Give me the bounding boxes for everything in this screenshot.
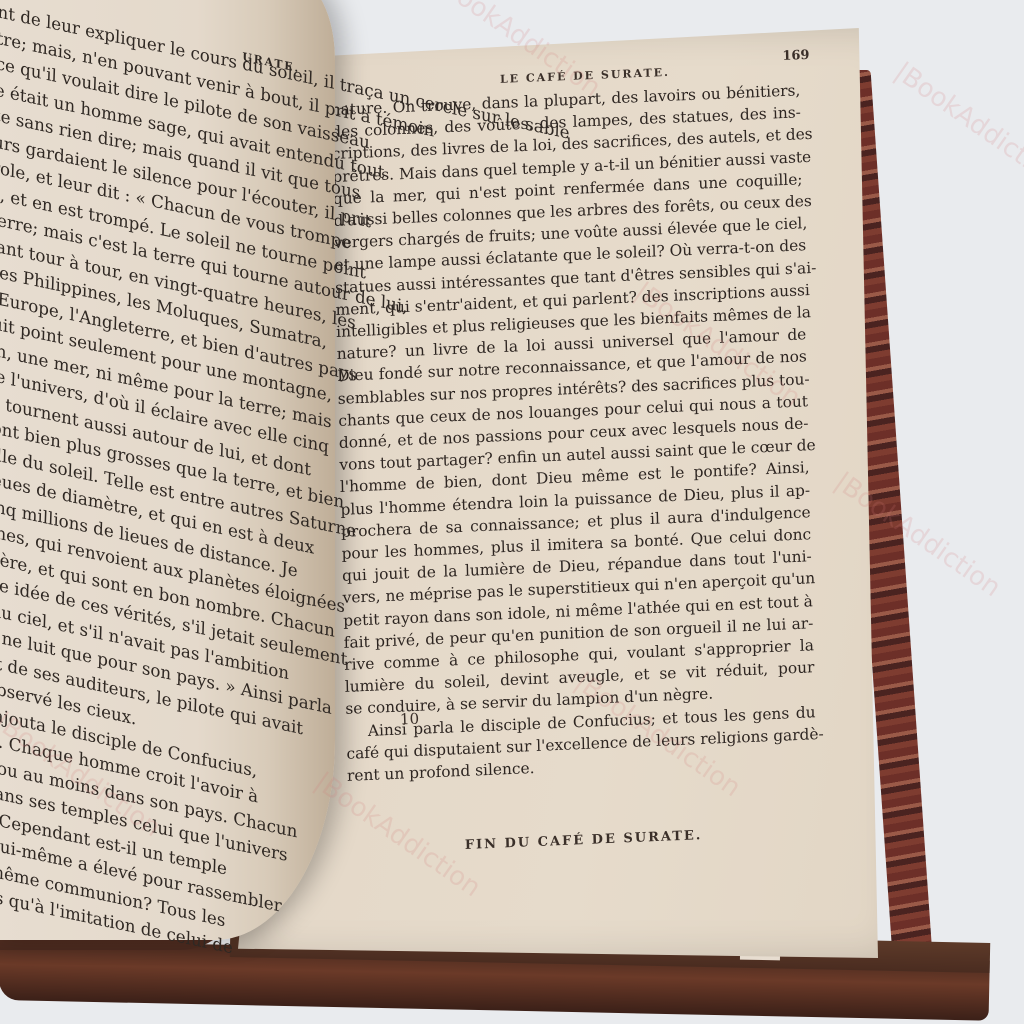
page-number: 169: [782, 48, 809, 64]
body-text: nature. On trouve, dans la plupart, des …: [330, 79, 816, 787]
signature-mark: 10: [400, 710, 420, 729]
right-page-text: LE CAFÉ DE SURATE. 169 nature. On trouve…: [330, 60, 819, 858]
photo-scene: LE CAFÉ DE SURATE. 169 nature. On trouve…: [0, 0, 1024, 1024]
left-page-text: URATE. nt de leur expliquer le cours du …: [0, 0, 350, 981]
